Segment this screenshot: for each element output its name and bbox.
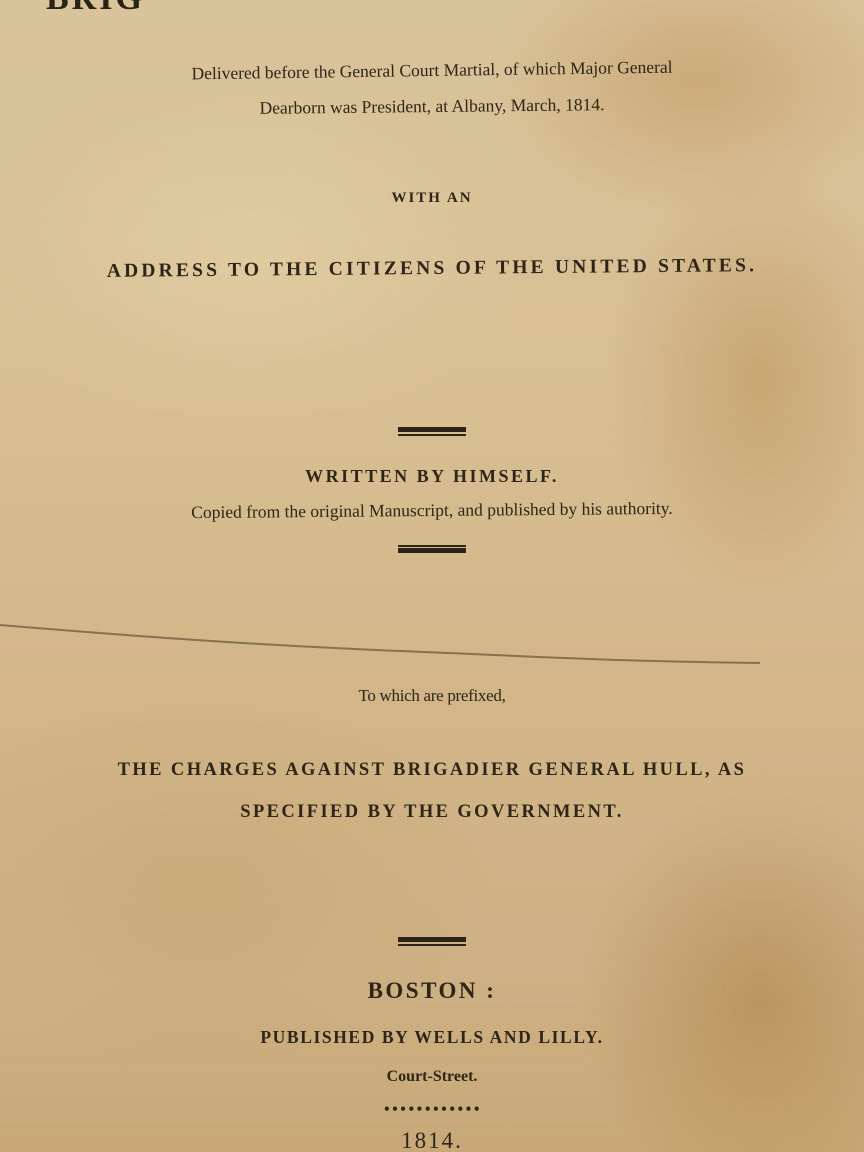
charges-line-2: SPECIFIED BY THE GOVERNMENT. [0, 802, 864, 823]
delivered-line-1: Delivered before the General Court Marti… [0, 54, 864, 87]
paper-crease [0, 615, 864, 675]
cut-off-heading: BRIG [46, 0, 145, 18]
address-line: ADDRESS TO THE CITIZENS OF THE UNITED ST… [0, 254, 864, 284]
charges-line-1: THE CHARGES AGAINST BRIGADIER GENERAL HU… [0, 760, 864, 781]
prefixed-line: To which are prefixed, [0, 686, 864, 706]
delivered-line-2: Dearborn was President, at Albany, March… [0, 91, 864, 121]
written-by-line: WRITTEN BY HIMSELF. [0, 466, 864, 487]
imprint-city: BOSTON : [0, 978, 864, 1004]
dotted-separator: •••••••••••• [0, 1102, 864, 1116]
double-rule-divider [398, 545, 466, 555]
imprint-street: Court-Street. [0, 1068, 864, 1086]
with-an-text: WITH AN [0, 190, 864, 207]
imprint-year: 1814. [0, 1128, 864, 1152]
title-page: BRIG Delivered before the General Court … [0, 0, 864, 1152]
double-rule-divider [398, 427, 466, 437]
double-rule-divider [398, 937, 466, 947]
copied-from-line: Copied from the original Manuscript, and… [0, 496, 864, 525]
imprint-publisher: PUBLISHED BY WELLS AND LILLY. [0, 1027, 864, 1048]
